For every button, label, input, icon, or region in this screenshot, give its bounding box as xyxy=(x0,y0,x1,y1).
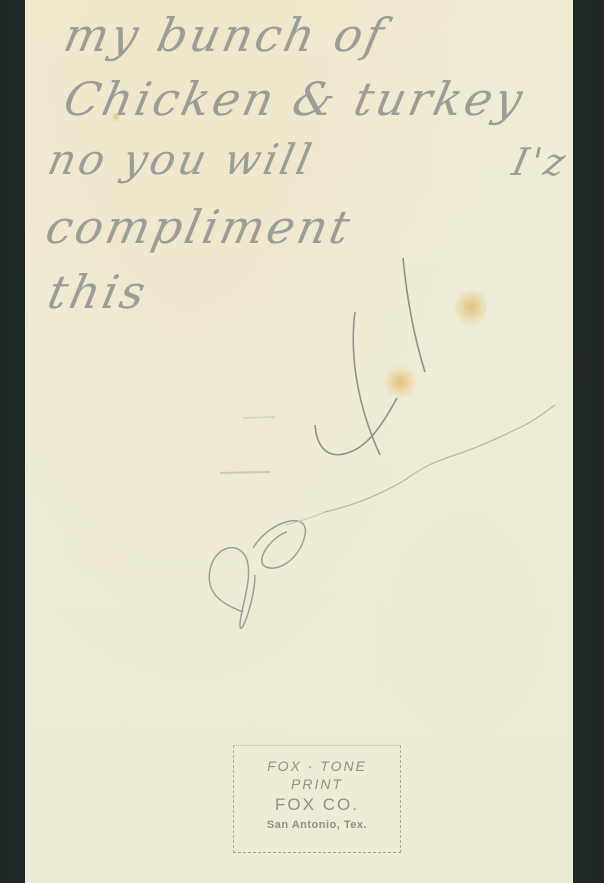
photographer-stamp: FOX · TONE PRINT FOX CO. San Antonio, Te… xyxy=(233,745,401,853)
photo-card-back: my bunch of Chicken & turkey no you will… xyxy=(25,0,573,883)
stamp-line-2: PRINT xyxy=(234,776,400,792)
stamp-line-4: San Antonio, Tex. xyxy=(234,819,400,831)
stamp-line-1: FOX · TONE xyxy=(234,758,400,774)
stamp-line-3: FOX CO. xyxy=(234,795,400,815)
